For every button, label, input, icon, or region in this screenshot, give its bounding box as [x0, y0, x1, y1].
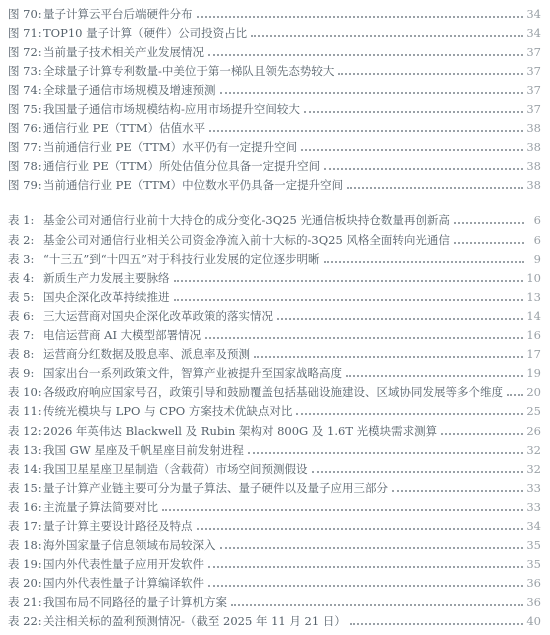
table-toc-entry: 表 12:2026 年英伟达 Blackwell 及 Rubin 架构对 800…	[8, 421, 541, 440]
entry-page-number: 38	[526, 140, 541, 154]
entry-title: 通信行业 PE（TTM）估值水平	[43, 120, 205, 136]
entry-label: 表 15:	[8, 480, 43, 496]
entry-page-number: 20	[526, 385, 541, 399]
table-toc-entry: 表 19:国内外代表性量子应用开发软件35	[8, 555, 541, 574]
table-toc-entry: 表 9:国家出台一系列政策文件，智算产业被提升至国家战略高度19	[8, 364, 541, 383]
figure-toc-entry: 图 72:当前量子技术相关产业发展情况37	[8, 42, 541, 61]
entry-label: 表 6:	[8, 308, 43, 324]
dot-leader	[346, 375, 523, 377]
entry-title: 我国布局不同路径的量子计算机方案	[43, 594, 227, 610]
entry-label: 表 14:	[8, 461, 43, 477]
table-toc-entry: 表 17:量子计算主要设计路径及特点34	[8, 516, 541, 535]
table-toc-entry: 表 18:海外国家量子信息领域布局较深入35	[8, 536, 541, 555]
dot-leader	[338, 73, 523, 75]
entry-label: 表 8:	[8, 346, 43, 362]
dot-leader	[454, 242, 524, 244]
table-toc-entry: 表 2:基金公司对通信行业相关公司资金净流入前十大标的-3Q25 风格全面转向光…	[8, 230, 541, 249]
entry-label: 表 21:	[8, 594, 43, 610]
entry-page-number: 35	[526, 538, 541, 552]
dot-leader	[197, 16, 524, 18]
entry-page-number: 35	[526, 557, 541, 571]
entry-title: 基金公司对通信行业相关公司资金净流入前十大标的-3Q25 风格全面转向光通信	[43, 232, 450, 248]
tables-toc-section: 表 1:基金公司对通信行业前十大持仓的成分变化-3Q25 光通信板块持仓数量再创…	[8, 211, 541, 631]
entry-label: 表 5:	[8, 289, 43, 305]
figure-toc-entry: 图 76:通信行业 PE（TTM）估值水平38	[8, 119, 541, 138]
entry-label: 表 19:	[8, 556, 43, 572]
dot-leader	[347, 187, 523, 189]
entry-label: 图 79:	[8, 177, 43, 193]
entry-title: 国内外代表性量子应用开发软件	[43, 556, 204, 572]
dot-leader	[220, 92, 524, 94]
entry-label: 表 20:	[8, 575, 43, 591]
entry-title: 传统光模块与 LPO 与 CPO 方案技术优缺点对比	[43, 403, 292, 419]
entry-label: 图 74:	[8, 82, 43, 98]
figure-toc-entry: 图 73:全球量子计算专利数量-中美位于第一梯队且领先态势较大37	[8, 61, 541, 80]
dot-leader	[441, 433, 523, 435]
entry-title: 电信运营商 AI 大模型部署情况	[43, 327, 201, 343]
table-toc-entry: 表 8:运营商分红数据及股息率、派息率及预测17	[8, 345, 541, 364]
entry-title: 新质生产力发展主要脉络	[43, 270, 170, 286]
entry-page-number: 34	[526, 519, 541, 533]
entry-page-number: 32	[526, 443, 541, 457]
entry-page-number: 9	[527, 252, 541, 266]
dot-leader	[162, 509, 523, 511]
dot-leader	[174, 280, 524, 282]
entry-title: 量子计算云平台后端硬件分布	[43, 6, 193, 22]
entry-page-number: 38	[526, 178, 541, 192]
table-toc-entry: 表 15:量子计算产业链主要可分为量子算法、量子硬件以及量子应用三部分33	[8, 478, 541, 497]
entry-page-number: 10	[526, 271, 541, 285]
dot-leader	[312, 471, 524, 473]
entry-title: 海外国家量子信息领域布局较深入	[43, 537, 216, 553]
dot-leader	[350, 623, 524, 625]
entry-page-number: 14	[526, 309, 541, 323]
table-toc-entry: 表 21:我国布局不同路径的量子计算机方案36	[8, 593, 541, 612]
entry-page-number: 37	[526, 45, 541, 59]
entry-title: 量子计算主要设计路径及特点	[43, 518, 193, 534]
entry-title: 各级政府响应国家号召，政策引导和鼓励覆盖包括基础设施建设、区域协同发展等多个维度	[43, 384, 503, 400]
entry-label: 图 75:	[8, 101, 43, 117]
entry-page-number: 33	[526, 500, 541, 514]
entry-title: 国内外代表性量子计算编译软件	[43, 575, 204, 591]
dot-leader	[209, 130, 523, 132]
entry-label: 图 78:	[8, 158, 43, 174]
entry-label: 表 11:	[8, 403, 43, 419]
entry-title: 当前通信行业 PE（TTM）水平仍有一定提升空间	[43, 139, 297, 155]
entry-label: 表 1:	[8, 212, 43, 228]
dot-leader	[208, 54, 523, 56]
dot-leader	[208, 566, 523, 568]
entry-title: TOP10 量子计算（硬件）公司投资占比	[43, 25, 247, 41]
entry-page-number: 38	[526, 159, 541, 173]
entry-page-number: 25	[526, 404, 541, 418]
entry-label: 图 71:	[8, 25, 43, 41]
entry-page-number: 40	[526, 614, 541, 628]
entry-page-number: 16	[526, 328, 541, 342]
dot-leader	[324, 168, 523, 170]
table-toc-entry: 表 7:电信运营商 AI 大模型部署情况16	[8, 326, 541, 345]
entry-title: 主流量子算法简要对比	[43, 499, 158, 515]
entry-label: 图 70:	[8, 6, 43, 22]
figure-toc-entry: 图 70:量子计算云平台后端硬件分布34	[8, 4, 541, 23]
dot-leader	[254, 356, 523, 358]
table-toc-entry: 表 10:各级政府响应国家号召，政策引导和鼓励覆盖包括基础设施建设、区域协同发展…	[8, 383, 541, 402]
entry-title: 国央企深化改革持续推进	[43, 289, 170, 305]
entry-page-number: 36	[526, 576, 541, 590]
entry-label: 图 77:	[8, 139, 43, 155]
entry-page-number: 26	[526, 424, 541, 438]
entry-page-number: 6	[527, 233, 541, 247]
figure-toc-entry: 图 78:通信行业 PE（TTM）所处估值分位具备一定提升空间38	[8, 157, 541, 176]
entry-page-number: 17	[526, 347, 541, 361]
entry-label: 表 3:	[8, 251, 43, 267]
entry-page-number: 36	[526, 595, 541, 609]
table-toc-entry: 表 11:传统光模块与 LPO 与 CPO 方案技术优缺点对比25	[8, 402, 541, 421]
dot-leader	[454, 222, 524, 224]
entry-title: 2026 年英伟达 Blackwell 及 Rubin 架构对 800G 及 1…	[43, 423, 437, 439]
dot-leader	[507, 394, 523, 396]
figure-toc-entry: 图 75:我国量子通信市场规模结构-应用市场提升空间较大37	[8, 99, 541, 118]
table-toc-entry: 表 5:国央企深化改革持续推进13	[8, 287, 541, 306]
table-toc-entry: 表 13:我国 GW 星座及千帆星座目前发射进程32	[8, 440, 541, 459]
entry-label: 表 18:	[8, 537, 43, 553]
entry-label: 表 2:	[8, 232, 43, 248]
table-toc-entry: 表 22:关注相关标的盈利预测情况-（截至 2025 年 11 月 21 日）4…	[8, 612, 541, 631]
dot-leader	[208, 585, 523, 587]
entry-title: 当前量子技术相关产业发展情况	[43, 44, 204, 60]
entry-label: 表 10:	[8, 384, 43, 400]
entry-title: 关注相关标的盈利预测情况-（截至 2025 年 11 月 21 日）	[43, 613, 346, 629]
dot-leader	[296, 413, 523, 415]
entry-title: 全球量子计算专利数量-中美位于第一梯队且领先态势较大	[43, 63, 334, 79]
entry-title: 运营商分红数据及股息率、派息率及预测	[43, 346, 250, 362]
entry-title: 我国 GW 星座及千帆星座目前发射进程	[43, 442, 244, 458]
table-toc-entry: 表 1:基金公司对通信行业前十大持仓的成分变化-3Q25 光通信板块持仓数量再创…	[8, 211, 541, 230]
entry-title: 通信行业 PE（TTM）所处估值分位具备一定提升空间	[43, 158, 320, 174]
table-toc-entry: 表 16:主流量子算法简要对比33	[8, 497, 541, 516]
dot-leader	[301, 149, 523, 151]
entry-label: 表 9:	[8, 365, 43, 381]
entry-title: 我国卫星星座卫星制造（含载荷）市场空间预测假设	[43, 461, 308, 477]
entry-page-number: 37	[526, 102, 541, 116]
dot-leader	[392, 490, 523, 492]
entry-title: “十三五”到“十四五”对于科技行业发展的定位逐步明晰	[43, 251, 320, 267]
figure-toc-entry: 图 71:TOP10 量子计算（硬件）公司投资占比34	[8, 23, 541, 42]
entry-label: 表 13:	[8, 442, 43, 458]
entry-page-number: 6	[527, 213, 541, 227]
entry-title: 基金公司对通信行业前十大持仓的成分变化-3Q25 光通信板块持仓数量再创新高	[43, 212, 450, 228]
entry-title: 当前通信行业 PE（TTM）中位数水平仍具备一定提升空间	[43, 177, 343, 193]
entry-label: 表 16:	[8, 499, 43, 515]
entry-page-number: 13	[526, 290, 541, 304]
dot-leader	[251, 35, 523, 37]
entry-label: 表 17:	[8, 518, 43, 534]
dot-leader	[304, 111, 523, 113]
dot-leader	[324, 261, 524, 263]
entry-title: 我国量子通信市场规模结构-应用市场提升空间较大	[43, 101, 300, 117]
toc-page: 图 70:量子计算云平台后端硬件分布34图 71:TOP10 量子计算（硬件）公…	[0, 0, 550, 635]
entry-page-number: 34	[526, 26, 541, 40]
entry-page-number: 38	[526, 121, 541, 135]
entry-label: 表 4:	[8, 270, 43, 286]
entry-title: 三大运营商对国央企深化改革政策的落实情况	[43, 308, 273, 324]
entry-label: 图 72:	[8, 44, 43, 60]
entry-page-number: 19	[526, 366, 541, 380]
entry-label: 图 73:	[8, 63, 43, 79]
table-toc-entry: 表 14:我国卫星星座卫星制造（含载荷）市场空间预测假设32	[8, 459, 541, 478]
entry-title: 量子计算产业链主要可分为量子算法、量子硬件以及量子应用三部分	[43, 480, 388, 496]
entry-page-number: 34	[526, 7, 541, 21]
table-toc-entry: 表 20:国内外代表性量子计算编译软件36	[8, 574, 541, 593]
entry-title: 国家出台一系列政策文件，智算产业被提升至国家战略高度	[43, 365, 342, 381]
dot-leader	[231, 604, 523, 606]
entry-title: 全球量子通信市场规模及增速预测	[43, 82, 216, 98]
dot-leader	[220, 547, 524, 549]
table-toc-entry: 表 3:“十三五”到“十四五”对于科技行业发展的定位逐步明晰9	[8, 249, 541, 268]
figure-toc-entry: 图 74:全球量子通信市场规模及增速预测37	[8, 80, 541, 99]
figure-toc-entry: 图 77:当前通信行业 PE（TTM）水平仍有一定提升空间38	[8, 138, 541, 157]
table-toc-entry: 表 6:三大运营商对国央企深化改革政策的落实情况14	[8, 306, 541, 325]
entry-label: 表 22:	[8, 613, 43, 629]
dot-leader	[277, 318, 523, 320]
figure-toc-entry: 图 79:当前通信行业 PE（TTM）中位数水平仍具备一定提升空间38	[8, 176, 541, 195]
dot-leader	[197, 528, 524, 530]
dot-leader	[248, 452, 524, 454]
table-toc-entry: 表 4:新质生产力发展主要脉络10	[8, 268, 541, 287]
dot-leader	[205, 337, 523, 339]
entry-label: 表 12:	[8, 423, 43, 439]
entry-label: 表 7:	[8, 327, 43, 343]
entry-page-number: 33	[526, 481, 541, 495]
entry-page-number: 37	[526, 64, 541, 78]
entry-page-number: 32	[526, 462, 541, 476]
figures-toc-section: 图 70:量子计算云平台后端硬件分布34图 71:TOP10 量子计算（硬件）公…	[8, 4, 541, 195]
entry-label: 图 76:	[8, 120, 43, 136]
entry-page-number: 37	[526, 83, 541, 97]
dot-leader	[174, 299, 524, 301]
